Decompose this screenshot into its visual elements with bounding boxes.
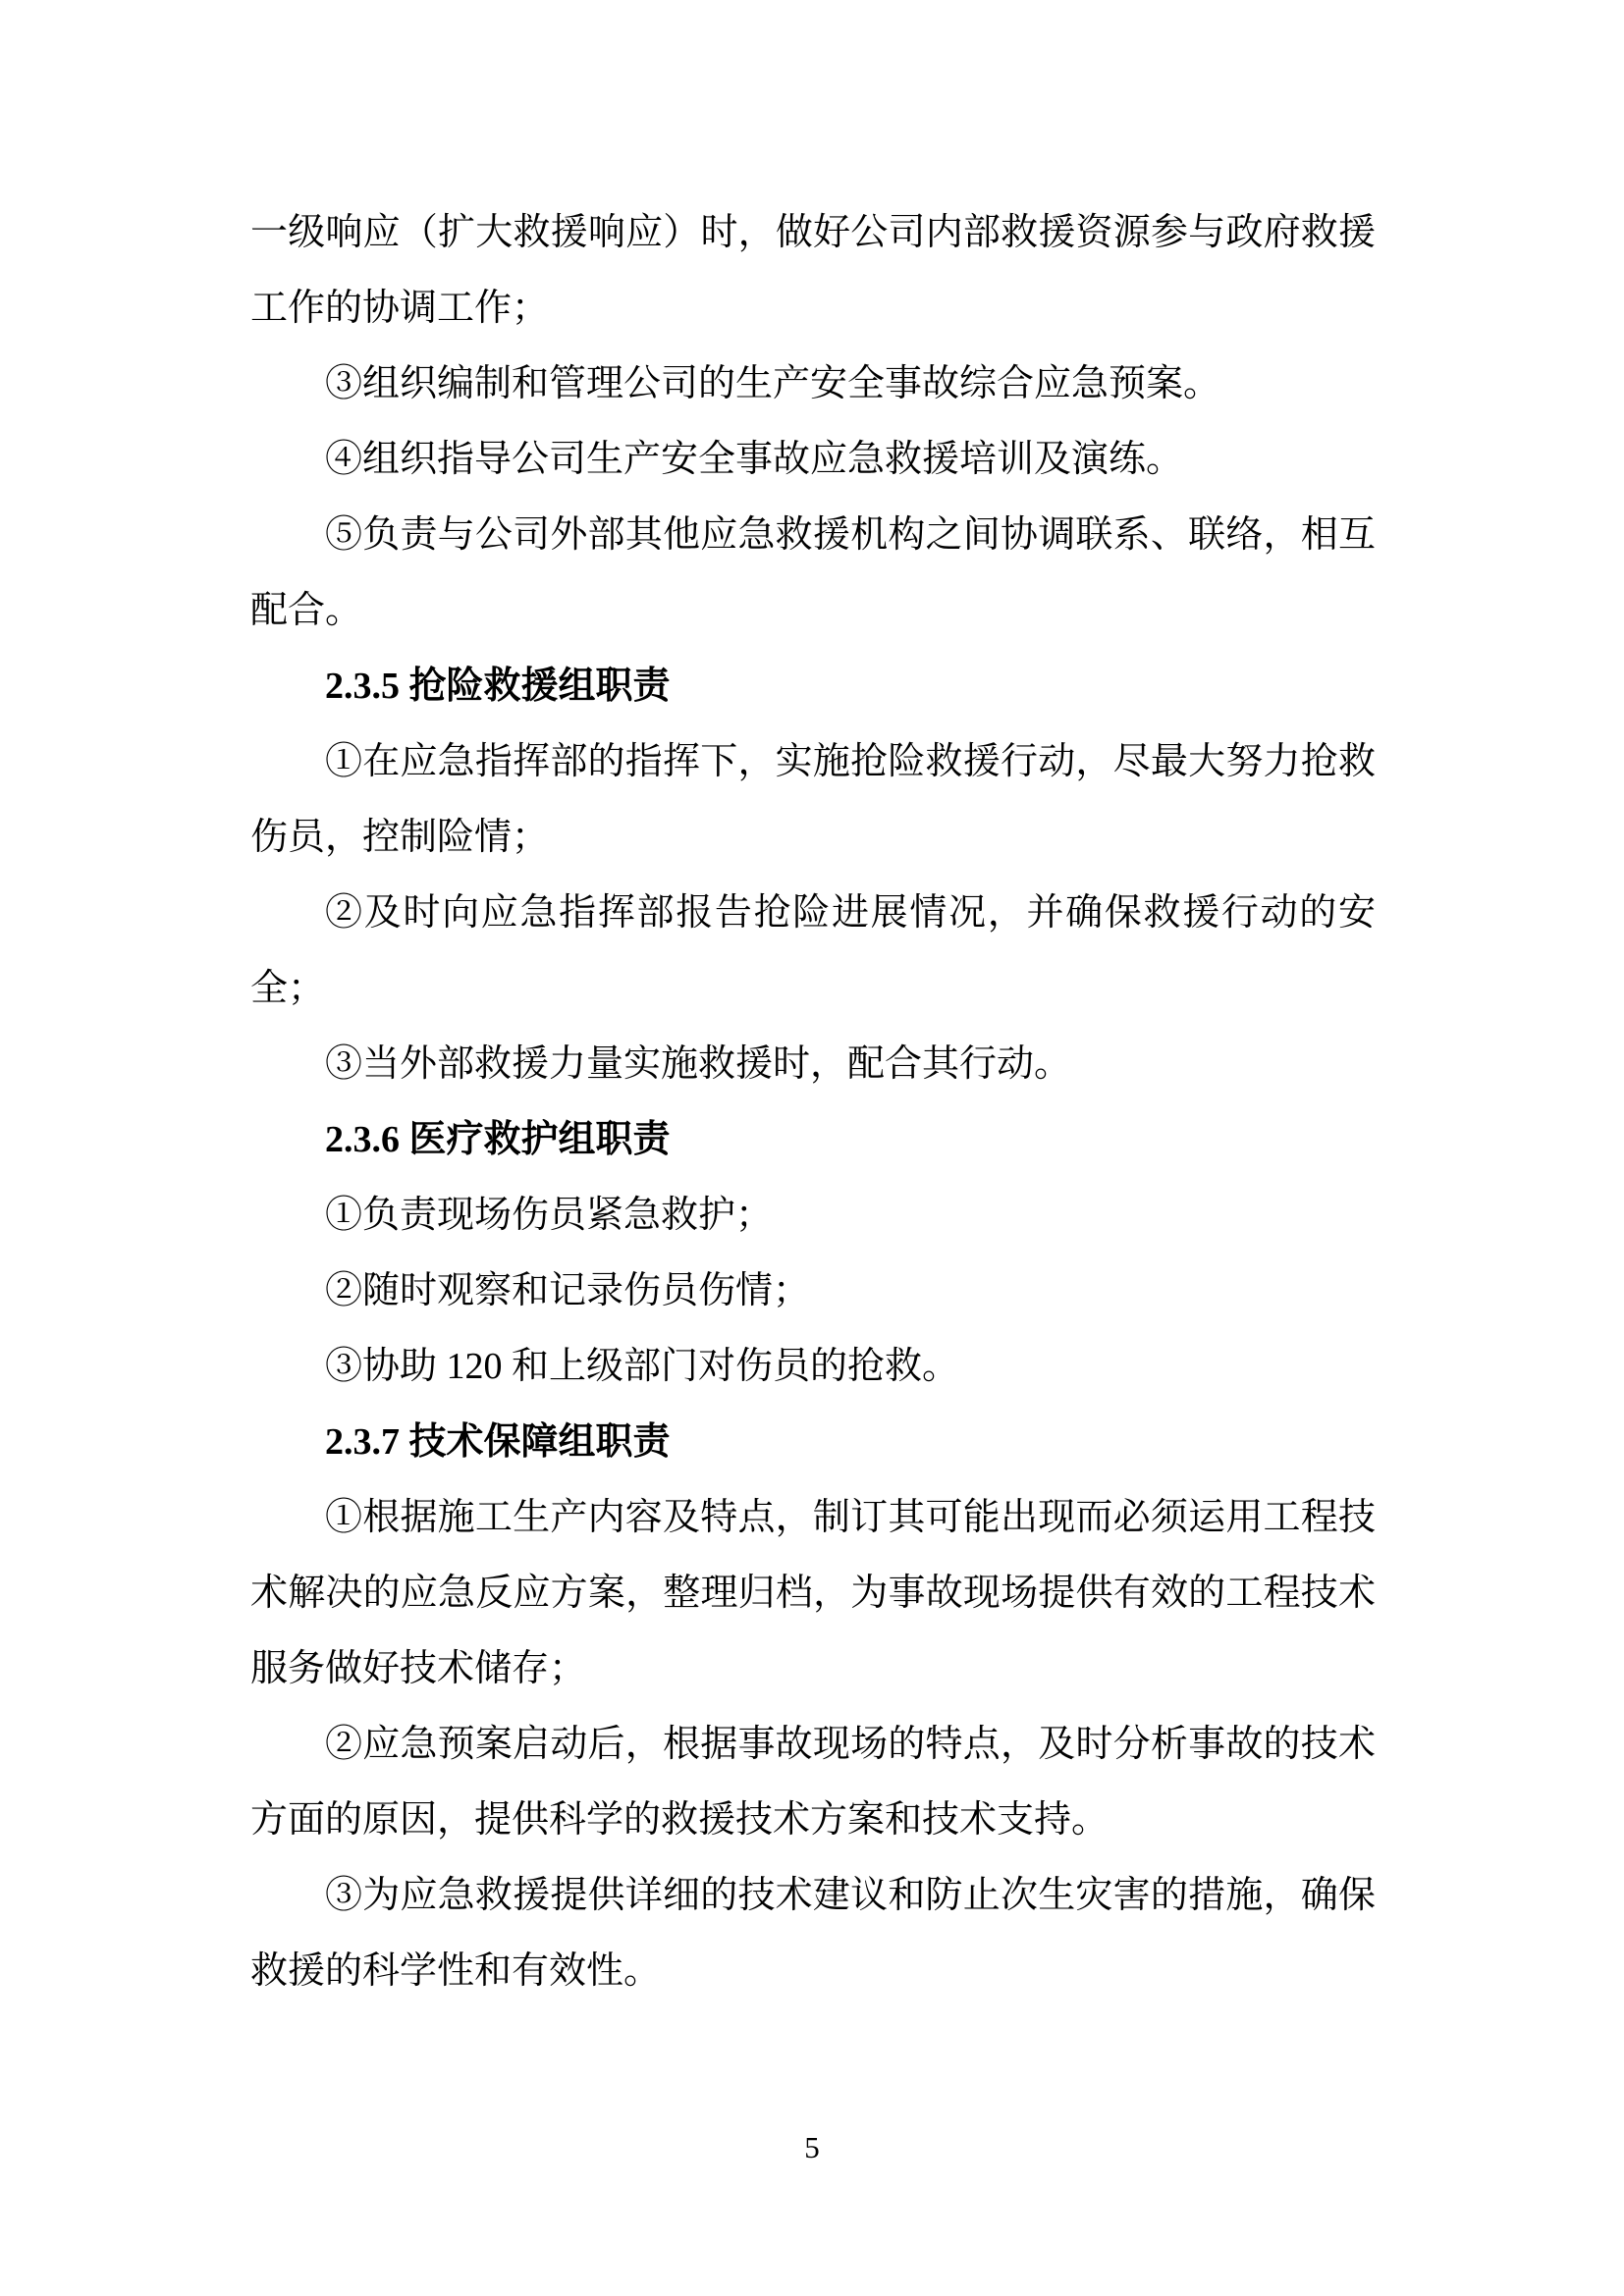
paragraph: ①在应急指挥部的指挥下，实施抢险救援行动，尽最大努力抢救伤员，控制险情； [250, 724, 1376, 876]
section-heading: 2.3.7 技术保障组职责 [250, 1405, 1376, 1480]
section-heading: 2.3.6 医疗救护组职责 [250, 1102, 1376, 1178]
paragraph: ⑤负责与公司外部其他应急救援机构之间协调联系、联络，相互配合。 [250, 498, 1376, 649]
paragraph: 一级响应（扩大救援响应）时，做好公司内部救援资源参与政府救援工作的协调工作； [250, 195, 1376, 347]
paragraph: ①负责现场伤员紧急救护； [250, 1178, 1376, 1254]
document-page: 一级响应（扩大救援响应）时，做好公司内部救援资源参与政府救援工作的协调工作；③组… [0, 0, 1624, 2296]
paragraph: ④组织指导公司生产安全事故应急救援培训及演练。 [250, 422, 1376, 498]
paragraph: ②随时观察和记录伤员伤情； [250, 1254, 1376, 1329]
paragraph: ②及时向应急指挥部报告抢险进展情况，并确保救援行动的安全； [250, 876, 1376, 1027]
page-number: 5 [0, 2130, 1624, 2165]
paragraph: ②应急预案启动后，根据事故现场的特点，及时分析事故的技术方面的原因，提供科学的救… [250, 1707, 1376, 1858]
paragraph: ①根据施工生产内容及特点，制订其可能出现而必须运用工程技术解决的应急反应方案，整… [250, 1480, 1376, 1707]
document-body: 一级响应（扩大救援响应）时，做好公司内部救援资源参与政府救援工作的协调工作；③组… [250, 195, 1376, 2009]
paragraph: ③当外部救援力量实施救援时，配合其行动。 [250, 1027, 1376, 1102]
paragraph: ③为应急救援提供详细的技术建议和防止次生灾害的措施，确保救援的科学性和有效性。 [250, 1858, 1376, 2009]
paragraph: ③组织编制和管理公司的生产安全事故综合应急预案。 [250, 347, 1376, 422]
paragraph: ③协助 120 和上级部门对伤员的抢救。 [250, 1329, 1376, 1405]
section-heading: 2.3.5 抢险救援组职责 [250, 649, 1376, 724]
